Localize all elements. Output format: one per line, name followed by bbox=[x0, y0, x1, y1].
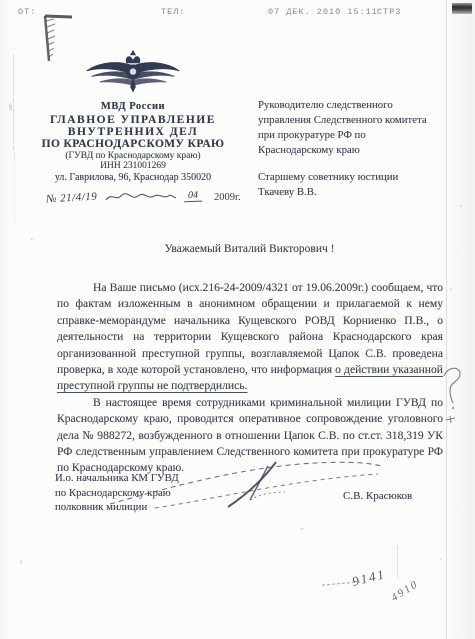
org-name-line2: ГЛАВНОЕ УПРАВЛЕНИЕ bbox=[36, 114, 230, 126]
addressee-line-4: Краснодарскому краю bbox=[258, 143, 448, 158]
handwritten-squiggle bbox=[104, 188, 179, 206]
printed-year: 2009г. bbox=[214, 192, 241, 203]
margin-question-mark-annotation bbox=[438, 362, 468, 412]
scan-speck bbox=[20, 560, 22, 564]
fax-from-label: ОТ: bbox=[18, 7, 36, 17]
addressee-rank: Старшему советнику юстиции bbox=[258, 170, 448, 185]
mvd-eagle-emblem-icon bbox=[85, 50, 181, 98]
paragraph-1: На Ваше письмо (исх.216-24-2009/4321 от … bbox=[57, 280, 443, 395]
letter-body: На Ваше письмо (исх.216-24-2009/4321 от … bbox=[57, 280, 443, 477]
letterhead: МВД России ГЛАВНОЕ УПРАВЛЕНИЕ ВНУТРЕННИХ… bbox=[36, 50, 230, 183]
org-inn: ИНН 231001269 bbox=[36, 161, 230, 171]
reference-number-line: № 21/4/19 04 2009г. bbox=[46, 188, 246, 210]
fax-tel-label: ТЕЛ: bbox=[161, 7, 185, 17]
paper-crease-left bbox=[13, 55, 14, 150]
handwritten-mark-2: 4910 bbox=[389, 578, 421, 604]
handwritten-ref-number: № 21/4/19 bbox=[46, 191, 98, 206]
addressee-line-2: управления Следственного комитета bbox=[258, 113, 448, 128]
paper-edge-line bbox=[446, 0, 447, 639]
handwritten-mark-1: 9141 bbox=[351, 566, 388, 590]
signature-scribble bbox=[100, 452, 390, 512]
addressee-block: Руководителю следственного управления Сл… bbox=[258, 98, 448, 200]
addressee-line-1: Руководителю следственного bbox=[258, 98, 448, 113]
salutation: Уважаемый Виталий Викторович ! bbox=[57, 243, 442, 255]
scan-speck bbox=[300, 528, 304, 530]
org-name-line4: ПО КРАСНОДАРСКОМУ КРАЮ bbox=[36, 138, 230, 150]
org-abbreviation: (ГУВД по Краснодарскому краю) bbox=[36, 151, 230, 161]
org-address: ул. Гаврилова, 96, Краснодар 350020 bbox=[36, 172, 230, 183]
scan-speck bbox=[9, 103, 12, 111]
handwritten-day: 04 bbox=[184, 190, 202, 203]
paper-crease-left-2 bbox=[14, 152, 15, 222]
scanner-artifact-bar bbox=[452, 3, 472, 14]
scanned-letter-page: ОТ: ТЕЛ: 07 ДЕК. 2010 15:11 СТР3 МВД Р bbox=[0, 0, 475, 639]
scan-speck bbox=[460, 205, 462, 207]
addressee-line-3: при прокуратуре РФ по bbox=[258, 128, 448, 143]
fax-datetime: 07 ДЕК. 2010 15:11 bbox=[268, 7, 378, 17]
addressee-gap bbox=[258, 158, 448, 170]
scan-speck bbox=[30, 238, 33, 240]
org-name-short: МВД России bbox=[36, 101, 230, 112]
fax-page-number: СТР3 bbox=[377, 7, 401, 17]
addressee-name: Ткачеву В.В. bbox=[258, 185, 448, 200]
org-name-line3: ВНУТРЕННИХ ДЕЛ bbox=[36, 126, 230, 138]
scan-speck bbox=[440, 558, 442, 560]
scan-speck bbox=[450, 288, 452, 291]
margin-tick-annotation bbox=[444, 414, 458, 426]
paragraph-1-text: На Ваше письмо (исх.216-24-2009/4321 от … bbox=[57, 281, 443, 376]
paper-crease-bottom bbox=[397, 545, 398, 577]
